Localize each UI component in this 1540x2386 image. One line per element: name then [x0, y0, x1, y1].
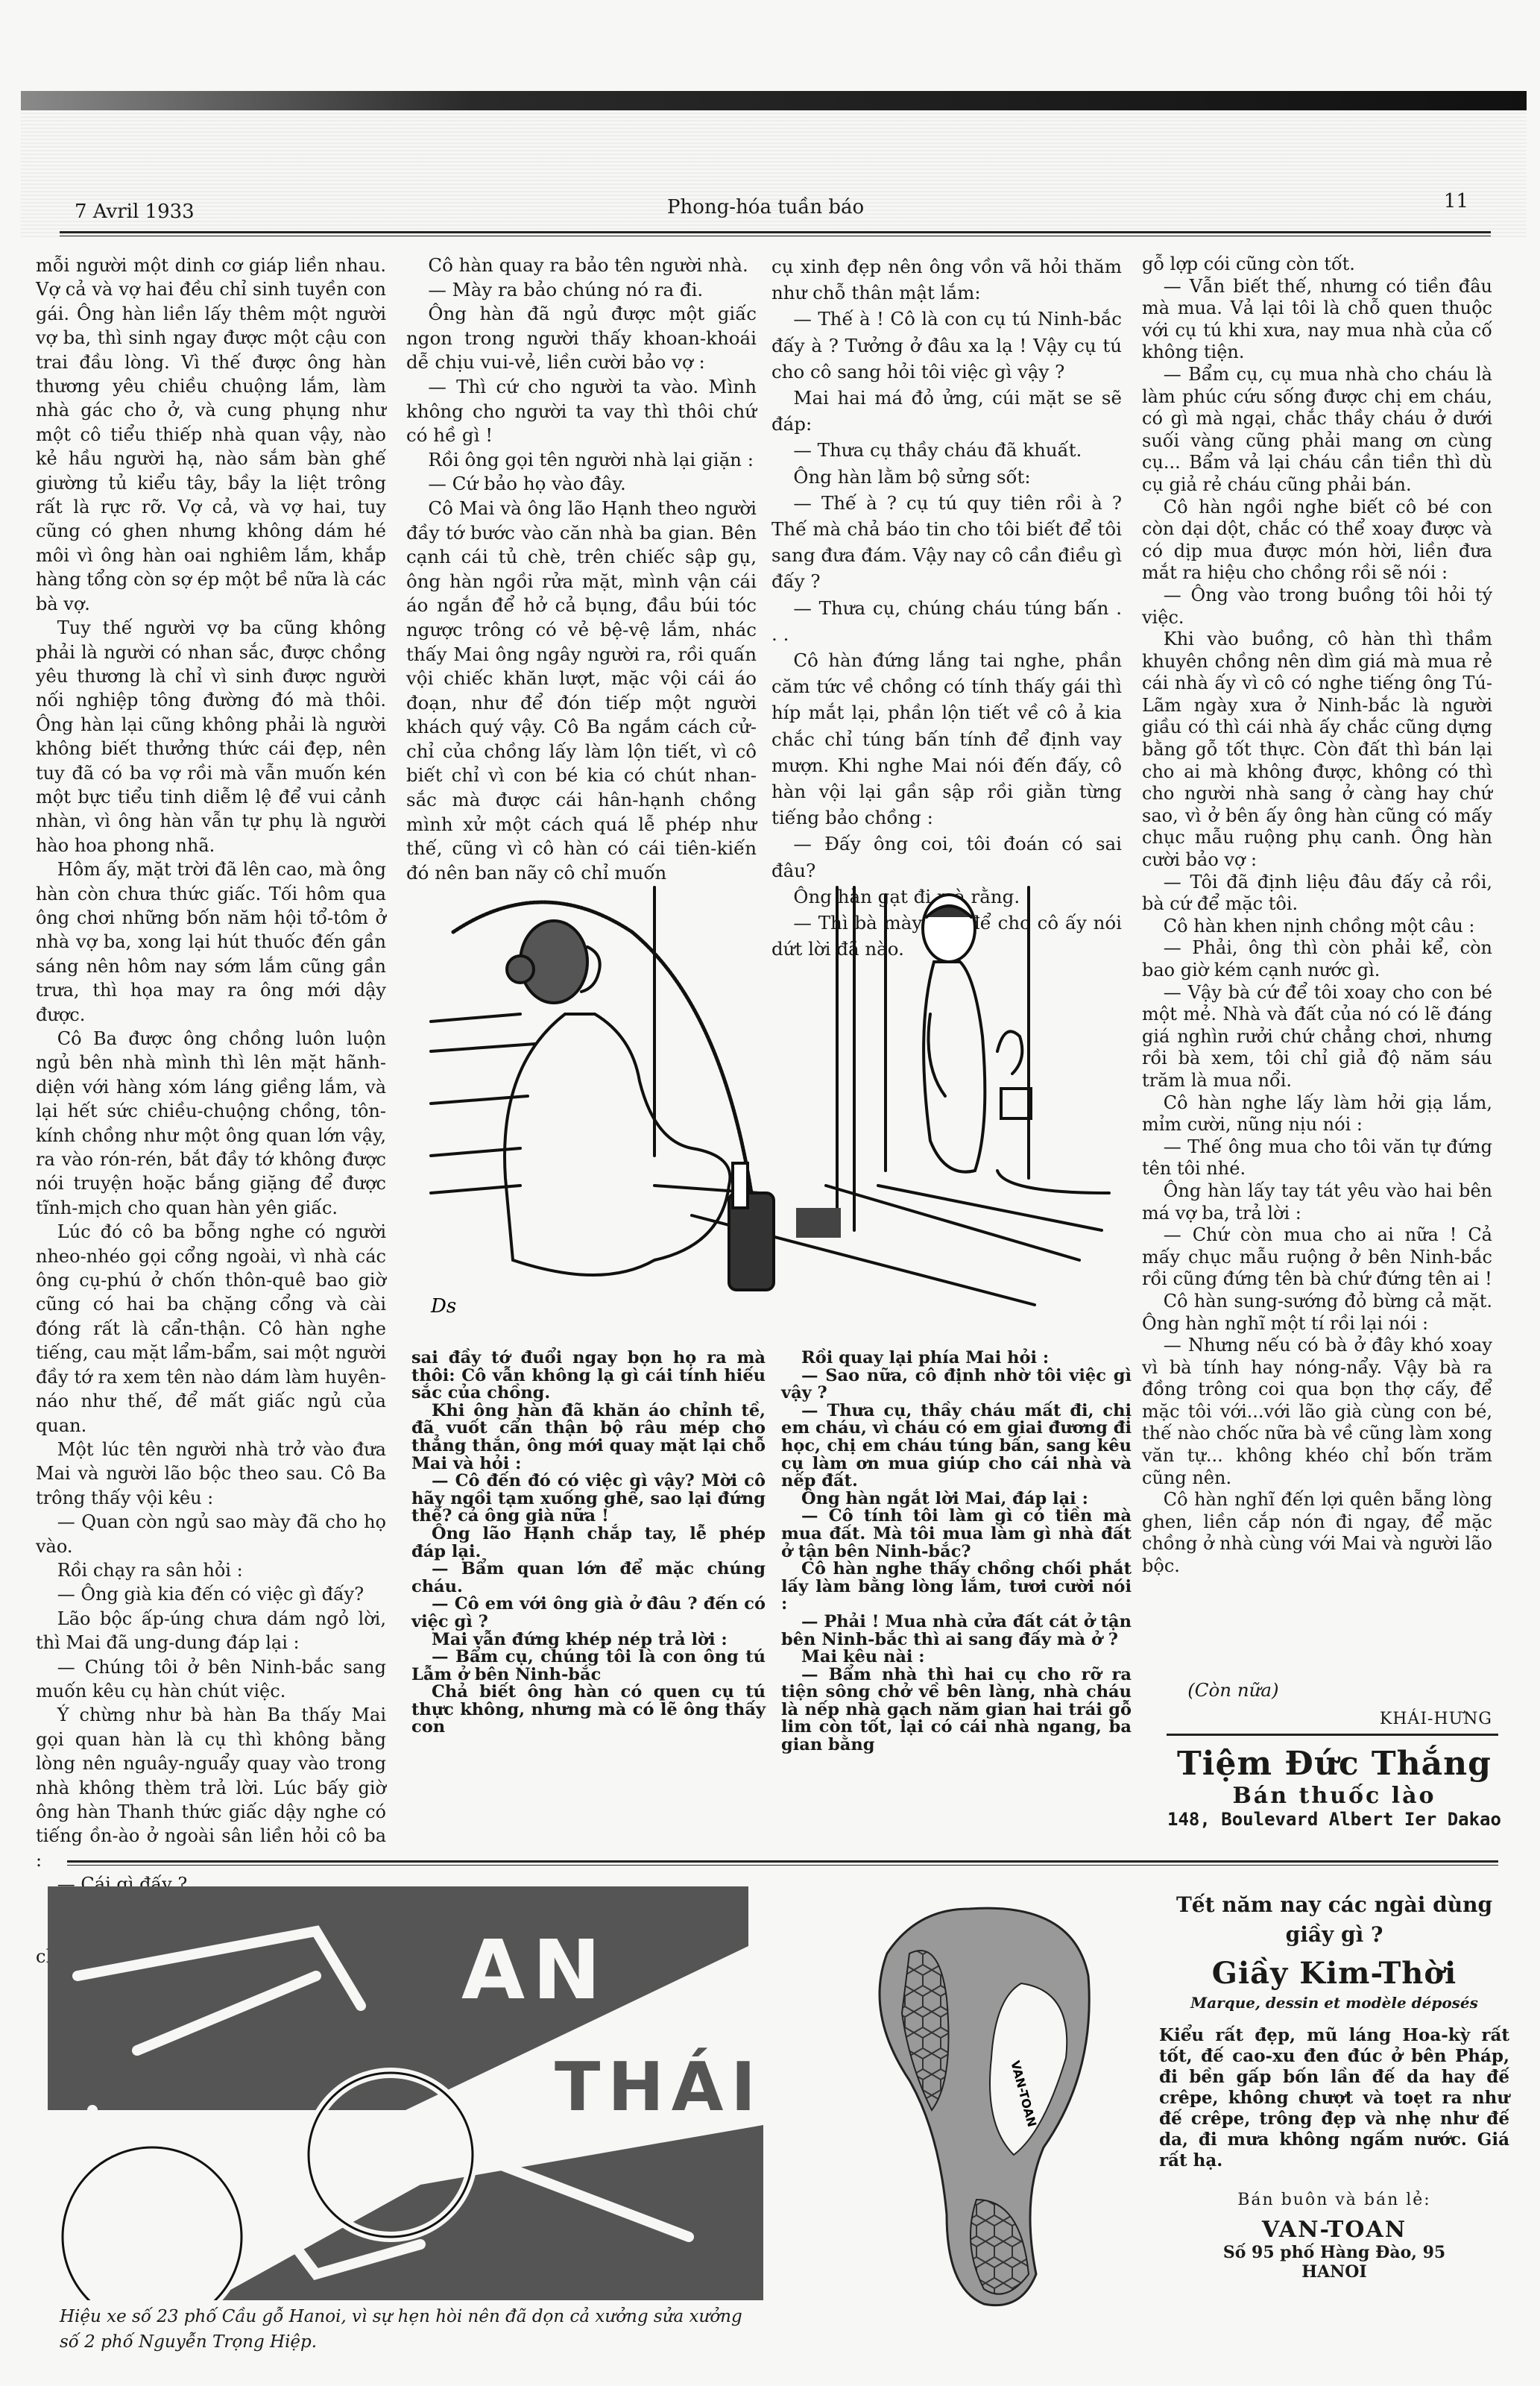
ad-shop: VAN-TOAN	[1159, 2217, 1509, 2243]
story-illustration: Ds	[408, 843, 1146, 1335]
paragraph: Ông hàn lằm bộ sửng sốt:	[771, 464, 1122, 490]
paragraph: — Cô đến đó có việc gì vậy? Mời cô hãy n…	[411, 1473, 766, 1526]
author-signature: KHÁI-HƯNG	[1142, 1707, 1492, 1731]
header-rule	[60, 231, 1491, 236]
paragraph: Lúc đó cô ba bỗng nghe có người nheo-nhé…	[36, 1220, 386, 1438]
paragraph: Chả biết ông hàn có quen cụ tú thực khôn…	[411, 1684, 766, 1737]
paragraph: — Bẩm cụ, chúng tôi là con ông tú Lẫm ở …	[411, 1649, 766, 1684]
paragraph: Ông hàn lấy tay tát yêu vào hai bên má v…	[1142, 1180, 1492, 1224]
paragraph: gỗ lợp cói cũng còn tốt.	[1142, 254, 1492, 276]
ad-an-thai: AN THÁI Hiệu xe số 23 phố Cầu gỗ Hanoi, …	[48, 1886, 763, 2300]
ad-brand: Giầy Kim-Thời	[1159, 1956, 1509, 1991]
paragraph: — Ông vào trong buồng tôi hỏi tý việc.	[1142, 585, 1492, 629]
paragraph: — Thưa cụ, thầy cháu mất đi, chị em cháu…	[781, 1403, 1132, 1491]
paragraph: Ông lão Hạnh chắp tay, lễ phép đáp lại.	[411, 1526, 766, 1561]
paragraph: — Thưa cụ, chúng cháu túng bấn . . .	[771, 595, 1122, 647]
paragraph: — Bẩm quan lớn để mặc chúng cháu.	[411, 1561, 766, 1596]
ad-body: Kiểu rất đẹp, mũ láng Hoa-kỳ rất tốt, đế…	[1159, 2025, 1509, 2171]
paragraph: Cô hàn nghe lấy làm hởi gịạ lắm, mỉm cườ…	[1142, 1092, 1492, 1136]
paragraph: — Ông già kia đến có việc gì đấy?	[36, 1582, 386, 1606]
paragraph: Mai vẫn đứng khép nép trả lời :	[411, 1631, 766, 1649]
issue-date: 7 Avril 1933	[75, 201, 195, 223]
illustration-drawing: Ds	[408, 843, 1146, 1335]
paragraph: — Tôi đã định liệu đâu đấy cả rồi, bà cứ…	[1142, 872, 1492, 916]
ad-address: 148, Boulevard Albert Ier Dakao	[1159, 1809, 1509, 1830]
paragraph: — Cứ bảo họ vào đây.	[406, 472, 757, 497]
paragraph: — Mày ra bảo chúng nó ra đi.	[406, 278, 757, 303]
paragraph: — Cô em với ông già ở đâu ? đến có việc …	[411, 1596, 766, 1631]
ad-shoe-sole: VAN-TOAN	[798, 1886, 1140, 2311]
paragraph: — Nhưng nếu có bà ở đây khó xoay vì bà t…	[1142, 1335, 1492, 1489]
paragraph: Cô Ba được ông chồng luôn luộn ngủ bên n…	[36, 1027, 386, 1220]
paragraph: Ông hàn đã ngủ được một giấc ngon trong …	[406, 302, 757, 375]
scan-top-border	[21, 91, 1527, 110]
section-rule	[67, 1860, 1498, 1866]
publication-title: Phong-hóa tuần báo	[667, 196, 864, 218]
page-header: 7 Avril 1933 Phong-hóa tuần báo 11	[75, 190, 1476, 227]
paragraph: Rồi ông gọi tên người nhà lại giặn :	[406, 448, 757, 473]
paragraph: — Thế à ? cụ tú quy tiên rồi à ? Thế mà …	[771, 490, 1122, 595]
story-column-2-top: Cô hàn quay ra bảo tên người nhà.— Mày r…	[406, 254, 757, 885]
shoe-sole-illustration: VAN-TOAN	[798, 1886, 1140, 2311]
artist-signature: Ds	[430, 1295, 456, 1318]
paragraph: Rồi chạy ra sân hỏi :	[36, 1558, 386, 1582]
ad-headline: Tết năm nay các ngài dùng giầy gì ?	[1159, 1890, 1509, 1950]
paragraph: Cô hàn quay ra bảo tên người nhà.	[406, 254, 757, 278]
ad-caption: Hiệu xe số 23 phố Cầu gỗ Hanoi, vì sự hẹ…	[60, 2304, 760, 2355]
paragraph: — Bẩm nhà thì hai cụ cho rỡ ra tiện sông…	[781, 1666, 1132, 1754]
paragraph: Cô hàn nghe thấy chồng chối phắt lấy làm…	[781, 1561, 1132, 1614]
story-column-4: gỗ lợp cói cũng còn tốt.— Vẫn biết thế, …	[1142, 254, 1492, 1578]
paragraph: Khi ông hàn đã khăn áo chỉnh tề, đã vuốt…	[411, 1403, 766, 1473]
paragraph: Lão bộc ấp-úng chưa dám ngỏ lời, thì Mai…	[36, 1607, 386, 1655]
paragraph: Cô hàn ngồi nghe biết cô bé con còn dại …	[1142, 497, 1492, 585]
paragraph: Mai kêu nài :	[781, 1649, 1132, 1666]
paragraph: Mai hai má đỏ ửng, cúi mặt se sẽ đáp:	[771, 385, 1122, 437]
story-column-3-bottom: Rồi quay lại phía Mai hỏi :— Sao nữa, cô…	[781, 1350, 1132, 1754]
ad-title-an: AN	[461, 1922, 608, 2018]
ad-trademark: Marque, dessin et modèle déposés	[1159, 1994, 1509, 2012]
paragraph: Một lúc tên người nhà trở vào đưa Mai và…	[36, 1438, 386, 1510]
paragraph: — Thế ông mua cho tôi văn tự đứng tên tô…	[1142, 1136, 1492, 1180]
paragraph: — Thế à ! Cô là con cụ tú Ninh-bắc đấy à…	[771, 306, 1122, 385]
paragraph: Cô hàn khen nịnh chồng một câu :	[1142, 916, 1492, 938]
paragraph: Cô hàn đứng lắng tai nghe, phần căm tức …	[771, 647, 1122, 831]
paragraph: — Thì cứ cho người ta vào. Mình không ch…	[406, 375, 757, 448]
paragraph: sai đầy tớ đuổi ngay bọn họ ra mà thôi: …	[411, 1350, 766, 1403]
ad-product: Bán thuốc lào	[1159, 1783, 1509, 1809]
page-number: 11	[1444, 190, 1468, 213]
paragraph: — Vẫn biết thế, nhưng có tiền đâu mà mua…	[1142, 276, 1492, 364]
paragraph: — Phải ! Mua nhà cửa đất cát ở tận bên N…	[781, 1614, 1132, 1649]
paragraph: — Phải, ông thì còn phải kể, còn bao giờ…	[1142, 937, 1492, 981]
paragraph: Hôm ấy, mặt trời đã lên cao, mà ông hàn …	[36, 857, 386, 1027]
paragraph: Cô hàn nghĩ đến lợi quên bẵng lòng ghen,…	[1142, 1489, 1492, 1577]
paragraph: — Vậy bà cứ để tôi xoay cho con bé một m…	[1142, 982, 1492, 1092]
story-column-1: mỗi người một dinh cơ giáp liền nhau. Vợ…	[36, 254, 386, 1969]
paragraph: Tuy thế người vợ ba cũng không phải là n…	[36, 616, 386, 857]
paragraph: — Thưa cụ thầy cháu đã khuất.	[771, 437, 1122, 463]
continued-label: (Còn nữa)	[1142, 1678, 1492, 1702]
ad-shop-address: Số 95 phố Hàng Đào, 95	[1159, 2243, 1509, 2262]
ad-title-thai: THÁI	[555, 2047, 763, 2127]
paragraph: — Sao nữa, cô định nhờ tôi việc gì vậy ?	[781, 1367, 1132, 1403]
paragraph: Cô Mai và ông lão Hạnh theo người đầy tớ…	[406, 497, 757, 886]
story-column-2-bottom: sai đầy tớ đuổi ngay bọn họ ra mà thôi: …	[411, 1350, 766, 1737]
ad-city: HANOI	[1159, 2262, 1509, 2282]
ad-kim-thoi: Tết năm nay các ngài dùng giầy gì ? Giầy…	[1159, 1890, 1509, 2282]
ad-duc-thang: Tiệm Đức Thắng Bán thuốc lào 148, Boulev…	[1159, 1745, 1509, 1830]
paragraph: — Bẩm cụ, cụ mua nhà cho cháu là làm phú…	[1142, 364, 1492, 497]
paragraph: Cô hàn sung-sướng đỏ bừng cả mặt. Ông hà…	[1142, 1291, 1492, 1335]
ad-shop-name: Tiệm Đức Thắng	[1159, 1745, 1509, 1783]
paragraph: — Chúng tôi ở bên Ninh-bắc sang muốn kêu…	[36, 1655, 386, 1704]
paragraph: Rồi quay lại phía Mai hỏi :	[781, 1350, 1132, 1367]
paragraph: Khi vào buồng, cô hàn thì thầm khuyên ch…	[1142, 629, 1492, 872]
footer-rule-col4	[1167, 1734, 1498, 1736]
paragraph: Ý chừng như bà hàn Ba thấy Mai gọi quan …	[36, 1703, 386, 1872]
paragraph: Ông hàn ngắt lời Mai, đáp lại :	[781, 1491, 1132, 1508]
story-footer: (Còn nữa) KHÁI-HƯNG	[1142, 1678, 1492, 1731]
paragraph: — Chứ còn mua cho ai nữa ! Cả mấy chục m…	[1142, 1224, 1492, 1291]
paragraph: cụ xinh đẹp nên ông vồn vã hỏi thăm như …	[771, 254, 1122, 306]
rickshaw-illustration: AN THÁI	[48, 1886, 763, 2300]
ad-sell-label: Bán buôn và bán lẻ:	[1159, 2191, 1509, 2209]
paragraph: mỗi người một dinh cơ giáp liền nhau. Vợ…	[36, 254, 386, 616]
paragraph: — Cô tính tôi làm gì có tiền mà mua đất.…	[781, 1508, 1132, 1561]
paragraph: — Quan còn ngủ sao mày đã cho họ vào.	[36, 1510, 386, 1558]
